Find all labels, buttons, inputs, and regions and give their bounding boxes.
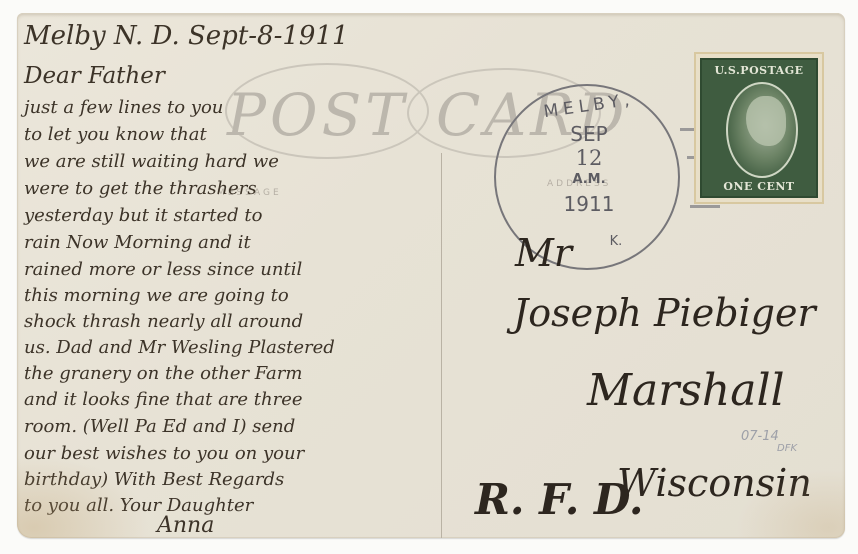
stamp-top-text: U.S.POSTAGE xyxy=(706,64,812,77)
message-line: this morning we are going to xyxy=(24,285,289,306)
message-line: the granery on the other Farm xyxy=(24,363,302,384)
message-area: Melby N. D. Sept-8-1911 Dear Father just… xyxy=(17,13,447,538)
message-line: our best wishes to you on your xyxy=(24,443,304,464)
message-heading: Melby N. D. Sept-8-1911 xyxy=(24,21,349,51)
message-line: rained more or less since until xyxy=(24,259,302,280)
address-name: Joseph Piebiger xyxy=(513,291,816,335)
message-line: just a few lines to you xyxy=(24,97,223,118)
postcard: POSTCARD MESSAGE ADDRESS Melby N. D. Sep… xyxy=(17,13,845,538)
postmark-time: A.M. xyxy=(539,172,639,187)
message-line: yesterday but it started to xyxy=(24,205,262,226)
pencil-note-code: 07-14 xyxy=(741,429,779,444)
postmark-year: 1911 xyxy=(539,192,639,216)
franklin-portrait-icon xyxy=(746,96,786,146)
message-line: rain Now Morning and it xyxy=(24,232,251,253)
cancellation-bar xyxy=(690,205,720,208)
postmark-state: K. xyxy=(566,234,666,249)
message-line: birthday) With Best Regards xyxy=(24,469,284,490)
message-line: to you all. Your Daughter xyxy=(24,495,253,516)
message-line: and it looks fine that are three xyxy=(24,389,303,410)
postmark-town: MELBY, xyxy=(538,89,640,123)
message-line: us. Dad and Mr Wesling Plastered xyxy=(24,337,335,358)
stamp-portrait-oval xyxy=(726,82,798,178)
message-line: to let you know that xyxy=(24,124,207,145)
postage-stamp: U.S.POSTAGE ONE CENT xyxy=(700,58,818,198)
pencil-note-initials: DFK xyxy=(777,443,797,454)
postmark-month: SEP xyxy=(539,122,639,146)
stamp-bottom-text: ONE CENT xyxy=(706,180,812,193)
message-line: we are still waiting hard we xyxy=(24,151,279,172)
message-salutation: Dear Father xyxy=(24,63,165,89)
message-line: were to get the thrashers xyxy=(24,178,257,199)
message-signature: Anna xyxy=(157,513,214,538)
address-title: Mr xyxy=(515,231,572,275)
address-city: Marshall xyxy=(587,365,785,416)
address-state: Wisconsin xyxy=(617,461,812,505)
message-line: shock thrash nearly all around xyxy=(24,311,303,332)
message-line: room. (Well Pa Ed and I) send xyxy=(24,416,295,437)
postmark-day: 12 xyxy=(539,146,639,170)
